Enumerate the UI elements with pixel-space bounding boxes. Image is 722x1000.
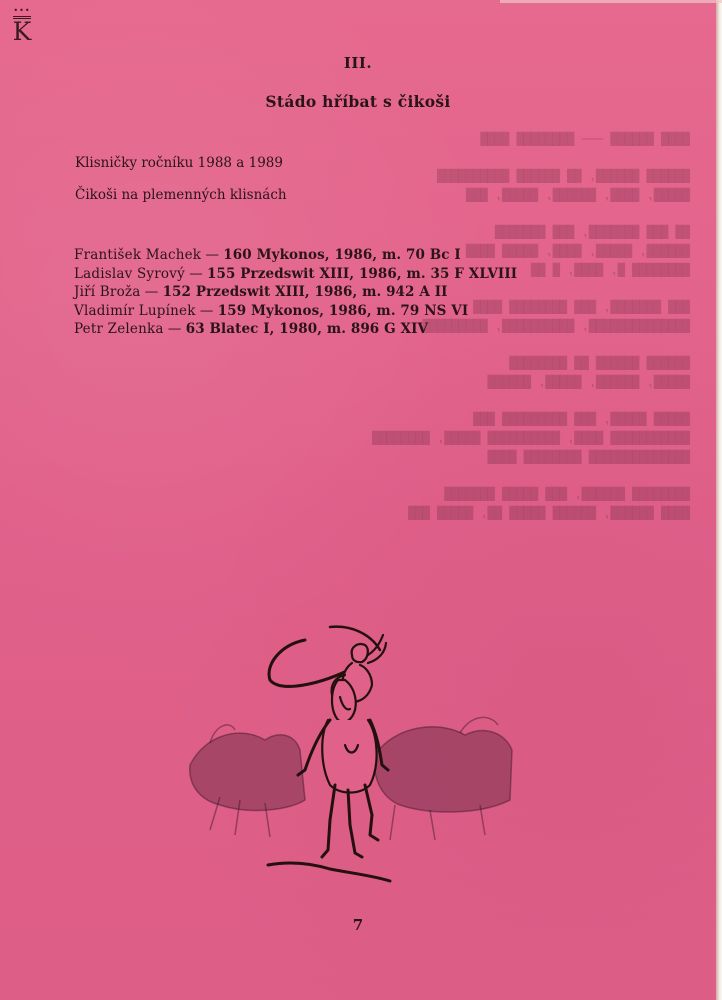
rider-name: František Machek — [74, 247, 201, 263]
mare-detail: 155 Przedswit XIII, 1986, m. 35 F XLVIII — [207, 266, 517, 282]
list-item: Jiří Broža — 152 Przedswit XIII, 1986, m… — [74, 283, 517, 302]
scan-page-edge — [716, 0, 722, 1000]
publisher-logo: ••• K — [9, 8, 35, 44]
list-item: Petr Zelenka — 63 Blatec I, 1980, m. 896… — [74, 320, 517, 339]
rider-name: Jiří Broža — [74, 284, 140, 300]
rider-name: Ladislav Syrový — [74, 266, 185, 282]
ground-shadow-icon — [268, 863, 390, 881]
section-title: Stádo hříbat s čikoši — [0, 92, 716, 111]
rider-name: Vladimír Lupínek — [74, 303, 196, 319]
mare-detail: 159 Mykonos, 1986, m. 79 NS VI — [218, 303, 469, 319]
dash-separator: — — [164, 321, 186, 337]
list-item: Ladislav Syrový — 155 Przedswit XIII, 19… — [74, 265, 517, 284]
scan-top-edge — [500, 0, 722, 3]
rider-and-horse-icon — [298, 635, 388, 857]
mare-detail: 63 Blatec I, 1980, m. 896 G XIV — [186, 321, 428, 337]
mare-detail: 152 Przedswit XIII, 1986, m. 942 A II — [163, 284, 448, 300]
rider-list: František Machek — 160 Mykonos, 1986, m.… — [74, 246, 517, 339]
list-item: Vladimír Lupínek — 159 Mykonos, 1986, m.… — [74, 302, 517, 321]
dash-separator: — — [140, 284, 162, 300]
mare-detail: 160 Mykonos, 1986, m. 70 Bc I — [223, 247, 461, 263]
list-item: František Machek — 160 Mykonos, 1986, m.… — [74, 246, 517, 265]
page-number: 7 — [0, 916, 716, 934]
crown-dots-icon: ••• — [9, 8, 35, 14]
rider-with-lasso-illustration — [180, 625, 520, 885]
dash-separator: — — [185, 266, 207, 282]
chapter-number: III. — [0, 54, 716, 72]
dash-separator: — — [196, 303, 218, 319]
logo-letter: K — [9, 20, 35, 44]
dash-separator: — — [201, 247, 223, 263]
rider-name: Petr Zelenka — [74, 321, 164, 337]
subheading-riders: Čikoši na plemenných klisnách — [75, 187, 287, 203]
subheading-fillies: Klisničky ročníku 1988 a 1989 — [75, 155, 283, 171]
document-page: ••• K ████ ██████ ─── ████████ ████ ████… — [0, 0, 716, 1000]
